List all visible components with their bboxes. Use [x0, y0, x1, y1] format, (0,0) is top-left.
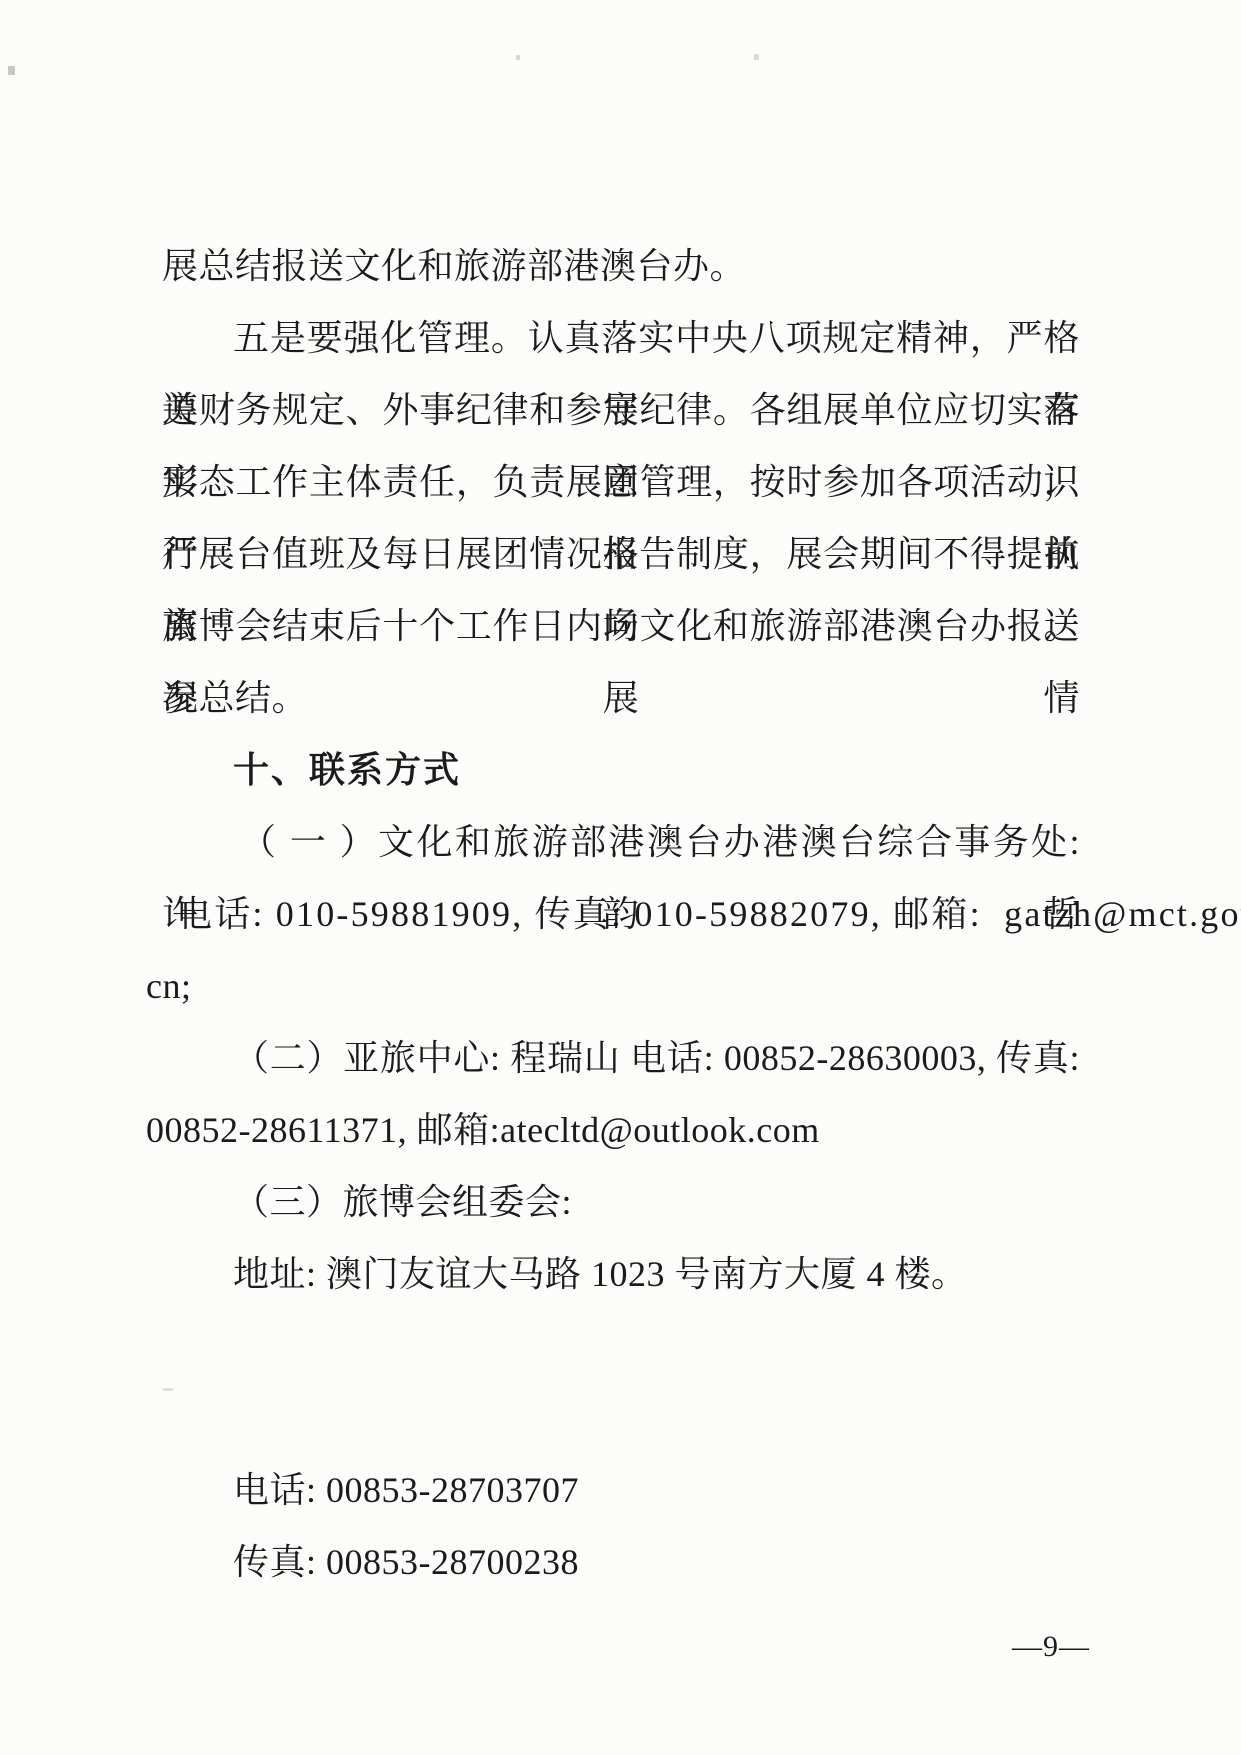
contact-line-address: 地址: 澳门友谊大马路 1023 号南方大厦 4 楼。: [162, 1238, 1080, 1310]
scan-speck: [8, 66, 15, 75]
contact-line-mct-office: （ 一 ）文化和旅游部港澳台办港澳台综合事务处: 许韵哲: [162, 806, 1080, 878]
contact-line-email-wrap: cn;: [146, 950, 1080, 1022]
body-line: 形态工作主体责任，负责展团管理，按时参加各项活动，严格执: [162, 446, 1080, 518]
contact-line-mct-phone-fax-email: 电话: 010-59881909, 传真: 010-59882079, 邮箱: …: [162, 878, 1080, 950]
document-page: 展总结报送文化和旅游部港澳台办。 五是要强化管理。认真落实中央八项规定精神，严格…: [0, 0, 1241, 1755]
body-line: 五是要强化管理。认真落实中央八项规定精神，严格遵守有: [162, 302, 1080, 374]
body-line: 关财务规定、外事纪律和参展纪律。各组展单位应切实落实意识: [162, 374, 1080, 446]
body-line: 行展台值班及每日展团情况报告制度，展会期间不得提前离场。: [162, 518, 1080, 590]
contact-line-fax: 传真: 00853-28700238: [162, 1526, 1080, 1598]
blank-gap: [162, 1310, 1080, 1454]
contact-line-atc-fax-email: 00852-28611371, 邮箱:atecltd@outlook.com: [146, 1094, 1080, 1166]
contact-line-expo-committee: （三）旅博会组委会:: [162, 1166, 1080, 1238]
section-heading-contact: 十、联系方式: [162, 734, 1080, 806]
scan-speck: [754, 54, 759, 60]
scan-speck: [516, 55, 520, 60]
body-line: 展总结报送文化和旅游部港澳台办。: [162, 230, 1080, 302]
page-number: —9—: [1012, 1630, 1090, 1664]
body-text: 展总结报送文化和旅游部港澳台办。 五是要强化管理。认真落实中央八项规定精神，严格…: [162, 230, 1080, 1598]
contact-line-phone: 电话: 00853-28703707: [162, 1454, 1080, 1526]
contact-line-atc-center: （二）亚旅中心: 程瑞山 电话: 00852-28630003, 传真:: [162, 1022, 1080, 1094]
body-line: 旅博会结束后十个工作日内向文化和旅游部港澳台办报送参展情: [162, 590, 1080, 662]
